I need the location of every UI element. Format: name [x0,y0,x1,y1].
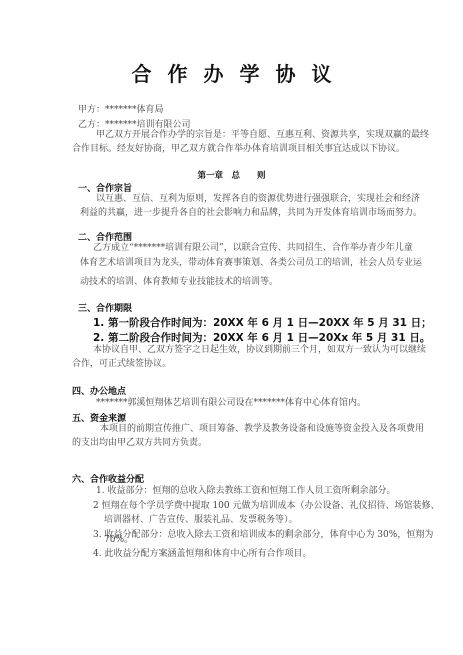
document-page: 合作办学协议 甲方：*******体育局 乙方：*******培训有限公司 甲乙… [0,0,463,655]
period-1: 1. 第一阶段合作时间为：20XX 年 6 月 1 日—20XX 年 5 月 3… [93,315,432,330]
document-title: 合作办学协议 [0,58,463,87]
section-3-line-2: 合作，可正式续签协议。 [72,358,171,371]
section-6-line-3: 培训器材、广告宣传、服装礼品、发票税务等）。 [104,514,298,527]
section-2-line-2: 体育艺术培训项目为龙头，带动体育赛事策划、各类公司员工的培训，社会人员专业运 [80,257,422,270]
section-4-line-1: *******郭溪恒翔体艺培训有限公司设在*******体育中心体育馆内。 [96,397,366,410]
section-heading-6: 六、合作收益分配 [72,472,144,485]
section-6-line-6: 4. 此收益分配方案涵盖恒翔和体育中心所有合作项目。 [93,548,311,561]
intro-line-2: 合作目标。经友好协商，甲乙双方就合作举办体育培训项目相关事宜达成以下协议。 [72,143,405,156]
section-1-line-2: 利益的共赢，进一步提升各自的社会影响力和品牌，共同为开发体育培训市场而努力。 [80,207,422,220]
section-2-line-3: 动技术的培训、体育教师专业技能技术的培训等。 [80,276,278,289]
section-heading-3: 三、合作期限 [78,301,132,314]
section-5-line-1: 本项目的前期宣传推广、项目筹备、教学及教务设备和设施等资金投入及各项费用 [100,423,424,436]
section-6-line-2: 2 恒翔在每个学员学费中提取 100 元做为培训成本（办公设备、礼仪招待、场馆装… [93,500,440,513]
section-3-line-1: 本协议自甲、乙双方签字之日起生效，协议到期前三个月，如双方一致认为可以继续 [93,344,426,357]
party-a: 甲方：*******体育局 [78,102,164,115]
section-heading-4: 四、办公地点 [72,384,126,397]
section-1-line-1: 以互惠、互信、互利为原则，发挥各自的资源优势进行强强联合，实现社会和经济 [96,193,420,206]
chapter-heading: 第一章 总 则 [0,169,463,181]
section-6-line-4: 3. 收益分配部分：总收入除去工资和培训成本的剩余部分，体育中心为 30%，恒翔… [93,529,433,542]
section-2-line-1: 乙方成立“*******培训有限公司”，以联合宣传、共同招生、合作举办青少年儿童 [93,242,413,255]
section-6-line-5: 70%。 [104,534,133,547]
period-2: 2. 第二阶段合作时间为：20XX 年 6 月 1 日—20Xx 年 5 月 3… [93,330,430,345]
section-5-line-2: 的支出均由甲乙双方共同方负责。 [72,437,207,450]
intro-line-1: 甲乙双方开展合作办学的宗旨是：平等自愿、互惠互利、资源共享，实现双赢的最终 [96,129,429,142]
section-6-line-1: 1. 收益部分：恒翔的总收入除去教练工资和恒翔工作人员工资所剩余部分。 [96,485,395,498]
